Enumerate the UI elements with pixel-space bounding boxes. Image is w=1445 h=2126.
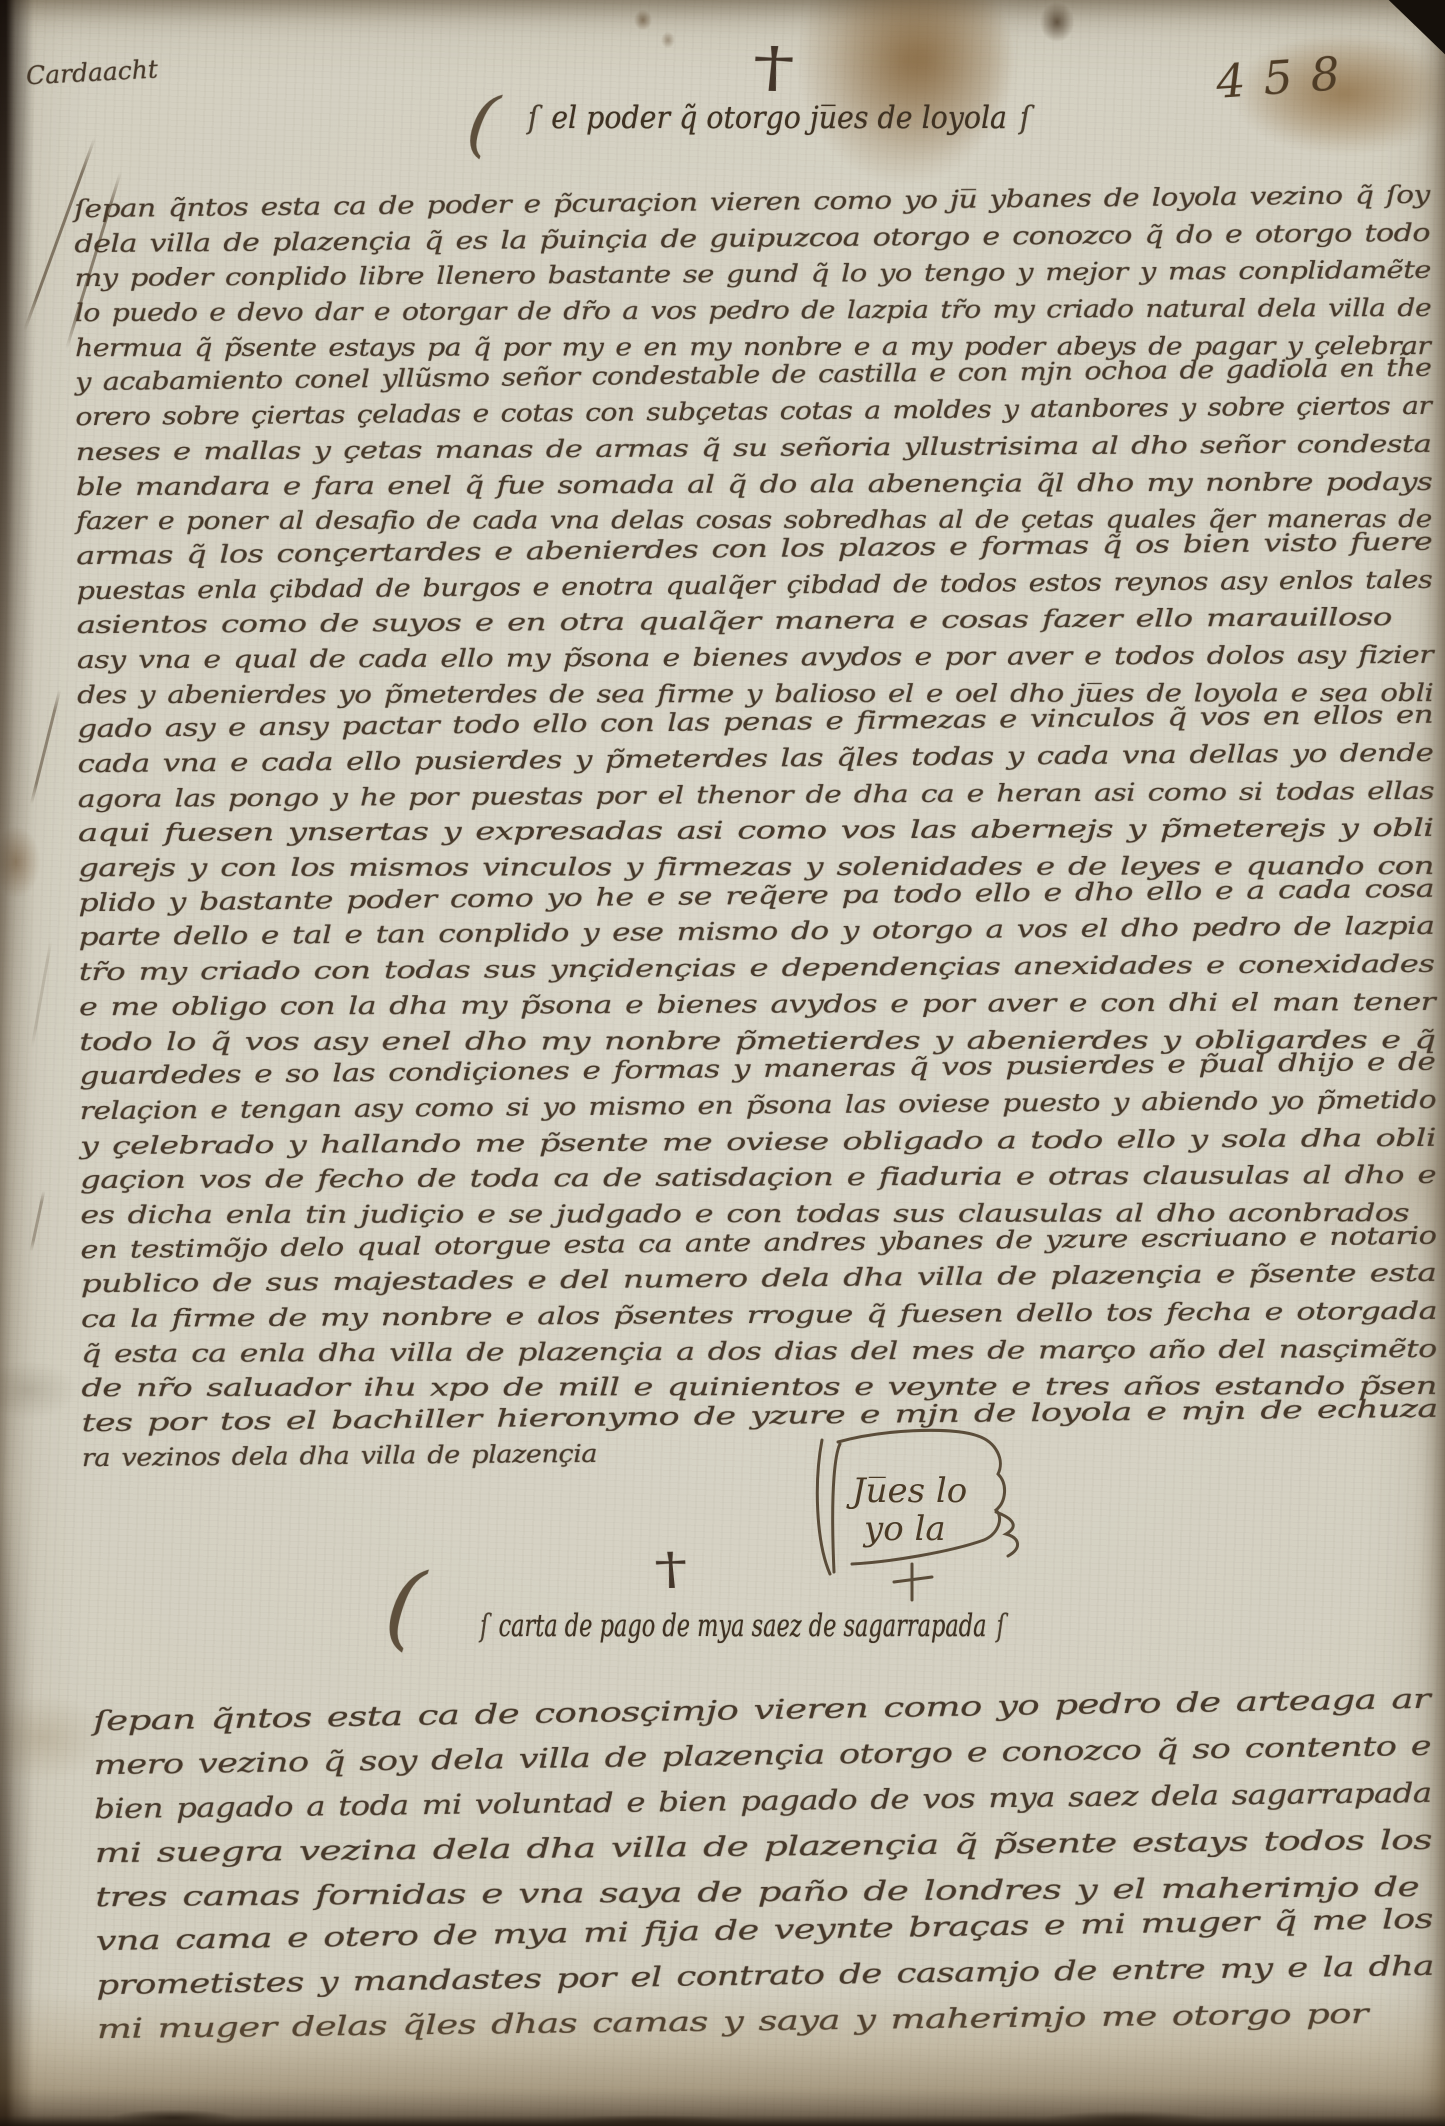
doc2-title-text: carta de pago de mya saez de sagarrapada — [499, 1608, 987, 1644]
signature-cross — [894, 1564, 932, 1600]
flourish-paren: ( — [379, 1550, 429, 1663]
torn-corner — [1381, 0, 1445, 68]
signature-name-line1: Ju̅es lo — [846, 1471, 967, 1511]
signature-stroke — [817, 1440, 830, 1574]
manuscript-page: Cardaacht † 458 ( ſel poder q̃ otorgo ju… — [0, 0, 1445, 2126]
section-mark: ſ — [480, 1608, 488, 1644]
folio-number: 458 — [1214, 45, 1359, 109]
doc2-title: ſcarta de pago de mya saez de sagarrapad… — [470, 1608, 1015, 1644]
marginal-note: Cardaacht — [25, 55, 158, 91]
doc1-title: ſel poder q̃ otorgo ju̅es de loyolaſ — [515, 100, 1043, 136]
signature-stroke — [833, 1444, 840, 1572]
signature-name-line2: yo la — [862, 1509, 946, 1549]
cross-icon: † — [751, 36, 796, 100]
manuscript-line: ra vezinos dela dha villa de plazençia — [82, 1435, 1438, 1478]
signature-rubric: Ju̅es lo yo la — [800, 1422, 1050, 1612]
section-mark: ſ — [528, 100, 539, 136]
flourish-paren: ( — [461, 78, 503, 167]
margin-pen-stroke — [30, 689, 61, 804]
cross-icon: † — [653, 1544, 689, 1596]
bottom-page-crease — [0, 1991, 1445, 2126]
doc1-text-block: ſepan q̃ntos esta ca de poder e p̃curaçi… — [74, 186, 1438, 1478]
section-mark: ſ — [1020, 100, 1031, 136]
doc1-title-text: el poder q̃ otorgo ju̅es de loyola — [551, 100, 1007, 136]
section-mark: ſ — [997, 1608, 1005, 1644]
